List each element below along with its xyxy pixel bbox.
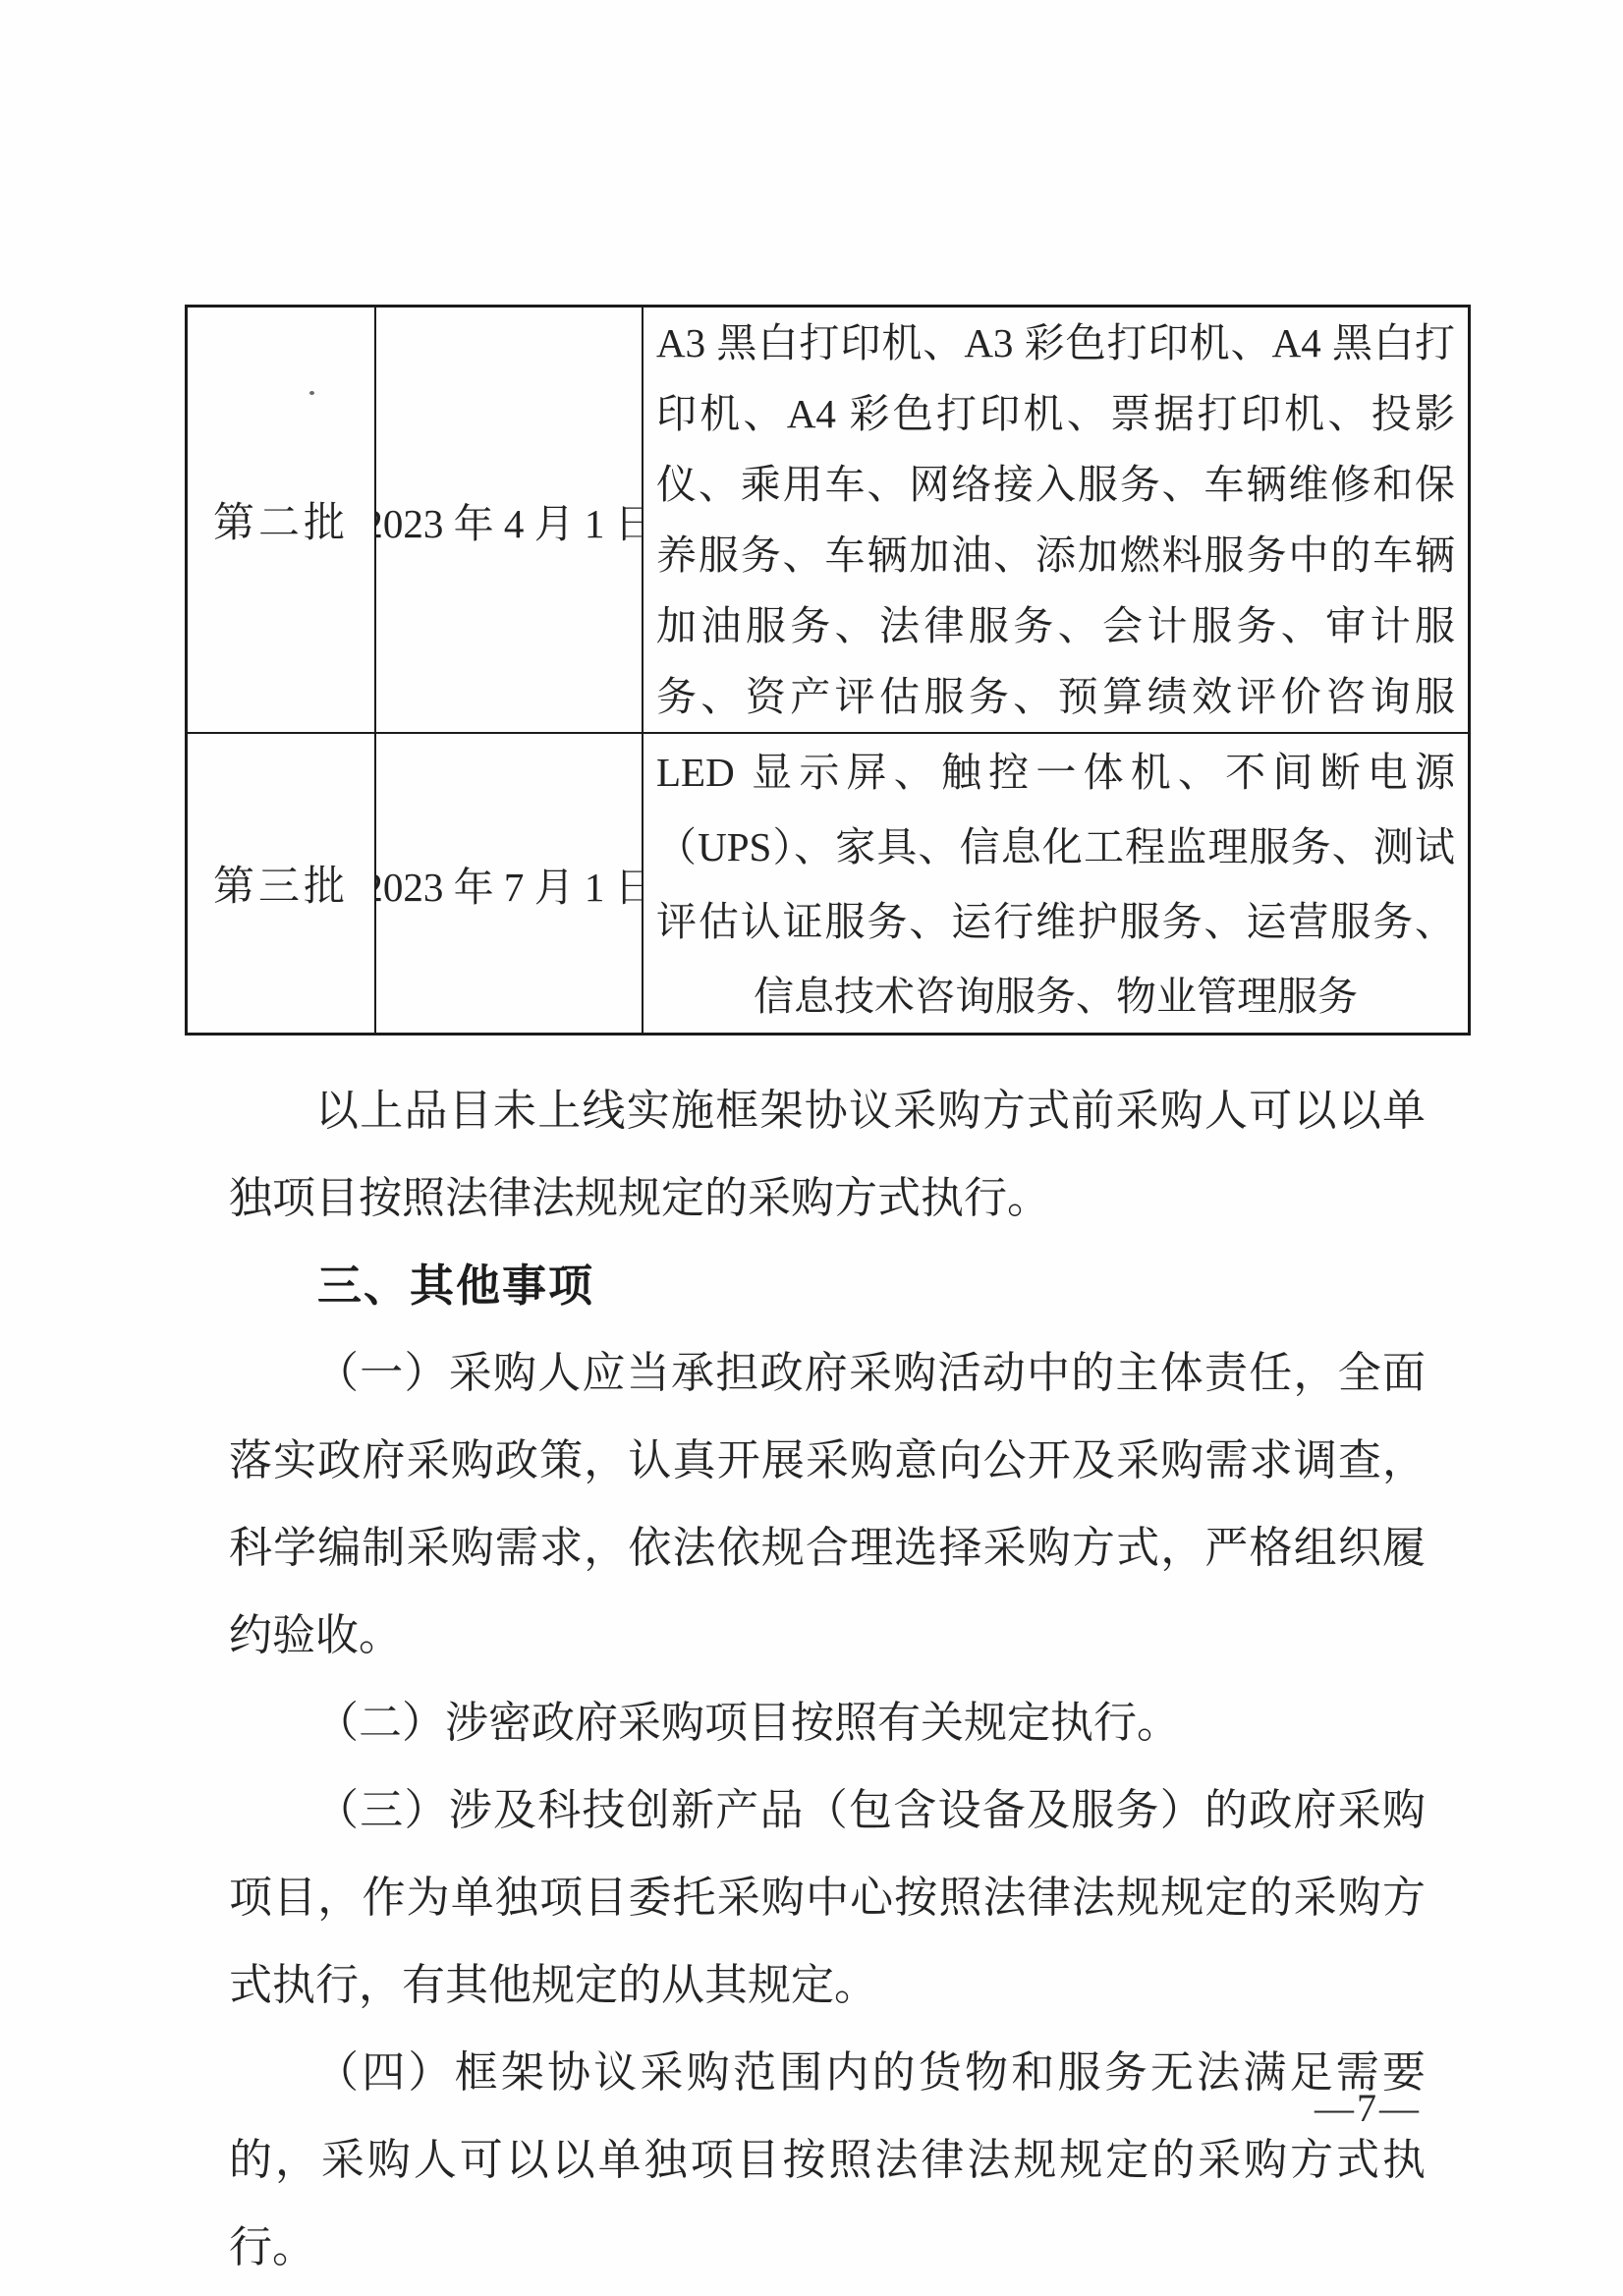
- batch-name-row1: 第二批: [188, 308, 374, 732]
- item-paragraph-4: （四）框架协议采购范围内的货物和服务无法满足需要的，采购人可以以单独项目按照法律…: [229, 2029, 1426, 2291]
- item-paragraph-3: （三）涉及科技创新产品（包含设备及服务）的政府采购项目，作为单独项目委托采购中心…: [229, 1766, 1426, 2029]
- procurement-batches-table: 第二批 2023 年 4 月 1 日 A3 黑白打印机、A3 彩色打印机、A4 …: [185, 305, 1471, 1036]
- batch-name-row2: 第三批: [188, 732, 374, 1033]
- item-paragraph-2: （二）涉密政府采购项目按照有关规定执行。: [229, 1679, 1426, 1766]
- batch-items-row1: A3 黑白打印机、A3 彩色打印机、A4 黑白打印机、A4 彩色打印机、票据打印…: [642, 308, 1468, 732]
- scan-artifact-dot: [309, 391, 314, 395]
- document-page: 第二批 2023 年 4 月 1 日 A3 黑白打印机、A3 彩色打印机、A4 …: [0, 0, 1623, 2296]
- batch-date-row1: 2023 年 4 月 1 日: [374, 308, 642, 732]
- page-number: —7—: [1315, 2085, 1422, 2131]
- batch-items-row2: LED 显示屏、触控一体机、不间断电源（UPS）、家具、信息化工程监理服务、测试…: [642, 732, 1468, 1033]
- section-heading: 三、其他事项: [229, 1242, 1426, 1329]
- batch-date-row2: 2023 年 7 月 1 日: [374, 732, 642, 1033]
- item-paragraph-1: （一）采购人应当承担政府采购活动中的主体责任，全面落实政府采购政策，认真开展采购…: [229, 1329, 1426, 1679]
- note-paragraph: 以上品目未上线实施框架协议采购方式前采购人可以以单独项目按照法律法规规定的采购方…: [229, 1067, 1426, 1242]
- document-body: 以上品目未上线实施框架协议采购方式前采购人可以以单独项目按照法律法规规定的采购方…: [229, 1067, 1426, 2291]
